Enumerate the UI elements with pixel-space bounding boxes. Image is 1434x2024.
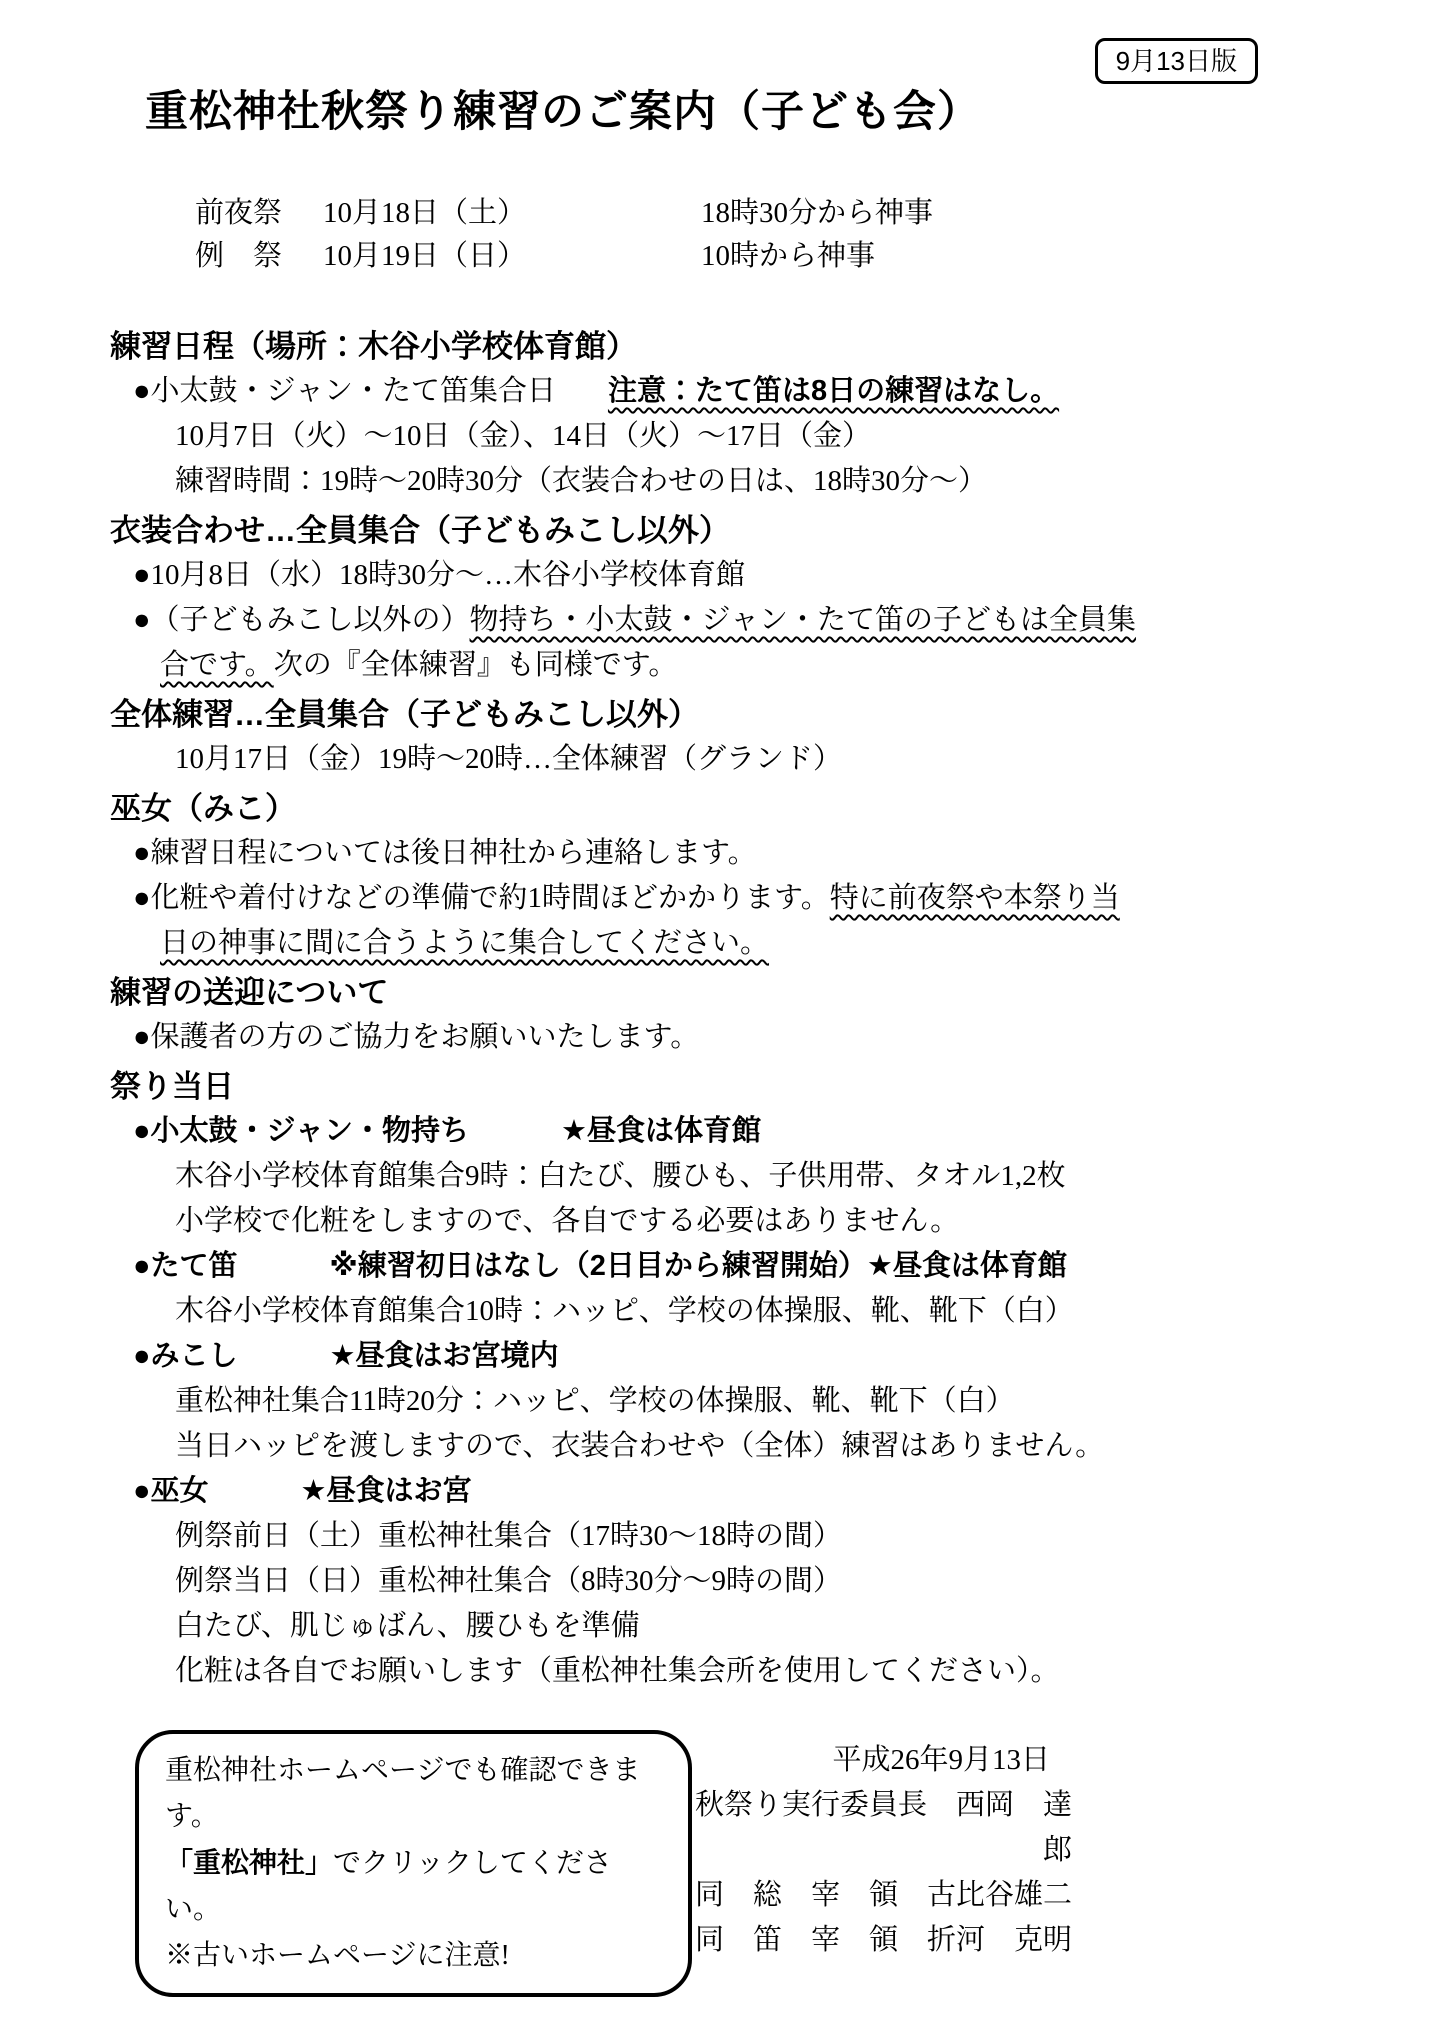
homepage-notice-line-1: 重松神社ホームページでも確認できます。	[165, 1748, 662, 1840]
costume-bullet-1: ●10月8日（水）18時30分～…木谷小学校体育館	[133, 553, 1434, 598]
costume-bullet-2: ●（子どもみこし以外の）物持ち・小太鼓・ジャン・たて笛の子どもは全員集	[133, 598, 1434, 643]
festival-group-miko: ●巫女★昼食はお宮	[133, 1469, 1434, 1514]
schedule-eve-detail: 18時30分から神事	[701, 192, 933, 235]
signature-general-lead: 同 総 宰 領 古比谷雄二	[692, 1873, 1072, 1918]
festival-group-mikoshi-line-2: 当日ハッピを渡しますので、衣装合わせや（全体）練習はありません。	[175, 1424, 1434, 1469]
page-title: 重松神社秋祭り練習のご案内（子ども会）	[145, 86, 1434, 138]
section-heading-miko: 巫女（みこ）	[110, 786, 1434, 831]
signature-date: 平成26年9月13日	[692, 1738, 1072, 1783]
festival-group-miko-name: 巫女	[151, 1475, 209, 1507]
festival-group-kodaiko-name: 小太鼓・ジャン・物持ち	[151, 1115, 469, 1147]
homepage-notice-line-3: ※古いホームページに注意!	[165, 1933, 662, 1979]
festival-group-tatebue: ●たて笛※練習初日はなし（2日目から練習開始）★昼食は体育館	[133, 1244, 1434, 1289]
practice-dates: 10月7日（火）～10日（金）、14日（火）～17日（金）	[175, 414, 1434, 459]
festival-group-tatebue-line-1: 木谷小学校体育館集合10時：ハッピ、学校の体操服、靴、靴下（白）	[175, 1289, 1434, 1334]
schedule-row-main: 例 祭 10月19日（日） 10時から神事	[195, 235, 1434, 278]
costume-bullet-2-continuation: 合です。次の『全体練習』も同様です。	[160, 643, 1434, 688]
costume-bullet-2-prefix: （子どもみこし以外の）	[151, 604, 470, 636]
signature-chairman: 秋祭り実行委員長 西岡 達郎	[692, 1783, 1072, 1873]
miko-bullet-2-prefix: 化粧や着付けなどの準備で約1時間ほどかかります。	[151, 882, 830, 914]
costume-continuation-underlined: 合です。	[160, 649, 274, 681]
bullet-icon: ●	[133, 1021, 151, 1053]
pickup-bullet-1-text: 保護者の方のご協力をお願いいたします。	[151, 1021, 700, 1053]
homepage-notice-line-2: 「重松神社」でクリックしてください。	[165, 1840, 662, 1933]
schedule-main-name: 例 祭	[195, 235, 323, 278]
festival-group-miko-line-4: 化粧は各自でお願いします（重松神社集会所を使用してください）。	[175, 1649, 1434, 1694]
version-badge-label: 9月13日版	[1116, 46, 1237, 76]
practice-warning-note: 注意：たて笛は8日の練習はなし。	[608, 375, 1059, 407]
footer: 重松神社ホームページでも確認できます。 「重松神社」でクリックしてください。 ※…	[135, 1730, 1072, 1997]
festival-group-mikoshi-name: みこし	[151, 1340, 238, 1372]
section-heading-festival-day: 祭り当日	[110, 1064, 1434, 1109]
bullet-icon: ●	[133, 837, 151, 869]
homepage-shrine-name: 「重松神社」	[165, 1847, 333, 1878]
costume-bullet-1-text: 10月8日（水）18時30分～…木谷小学校体育館	[151, 559, 746, 591]
pickup-bullet-1: ●保護者の方のご協力をお願いいたします。	[133, 1015, 1434, 1060]
section-heading-costume: 衣装合わせ…全員集合（子どもみこし以外）	[110, 508, 1434, 553]
overall-practice-line: 10月17日（金）19時～20時…全体練習（グランド）	[175, 737, 1434, 782]
bullet-icon: ●	[133, 1340, 151, 1372]
festival-group-miko-note: ★昼食はお宮	[301, 1475, 472, 1507]
festival-schedule: 前夜祭 10月18日（土） 18時30分から神事 例 祭 10月19日（日） 1…	[195, 192, 1434, 278]
bullet-icon: ●	[133, 1250, 151, 1282]
miko-bullet-1: ●練習日程については後日神社から連絡します。	[133, 831, 1434, 876]
document-page: 9月13日版 重松神社秋祭り練習のご案内（子ども会） 前夜祭 10月18日（土）…	[0, 0, 1434, 2024]
festival-group-kodaiko: ●小太鼓・ジャン・物持ち★昼食は体育館	[133, 1109, 1434, 1154]
miko-bullet-2: ●化粧や着付けなどの準備で約1時間ほどかかります。特に前夜祭や本祭り当	[133, 876, 1434, 921]
schedule-main-date: 10月19日（日）	[323, 235, 701, 278]
practice-groups-text: 小太鼓・ジャン・たて笛集合日	[151, 375, 556, 407]
homepage-notice-box: 重松神社ホームページでも確認できます。 「重松神社」でクリックしてください。 ※…	[135, 1730, 692, 1997]
bullet-icon: ●	[133, 375, 151, 407]
festival-group-mikoshi-note: ★昼食はお宮境内	[330, 1340, 559, 1372]
festival-group-mikoshi: ●みこし★昼食はお宮境内	[133, 1334, 1434, 1379]
festival-group-kodaiko-line-2: 小学校で化粧をしますので、各自でする必要はありません。	[175, 1199, 1434, 1244]
practice-time: 練習時間：19時～20時30分（衣装合わせの日は、18時30分～）	[175, 459, 1434, 504]
schedule-eve-name: 前夜祭	[195, 192, 323, 235]
section-heading-practice: 練習日程（場所：木谷小学校体育館）	[110, 324, 1434, 369]
festival-group-mikoshi-line-1: 重松神社集合11時20分：ハッピ、学校の体操服、靴、靴下（白）	[175, 1379, 1434, 1424]
section-heading-pickup: 練習の送迎について	[110, 970, 1434, 1015]
festival-group-kodaiko-note: ★昼食は体育館	[561, 1115, 761, 1147]
festival-group-miko-line-2: 例祭当日（日）重松神社集合（8時30分～9時の間）	[175, 1559, 1434, 1604]
version-badge: 9月13日版	[1095, 38, 1258, 84]
miko-bullet-2-underlined: 特に前夜祭や本祭り当	[830, 882, 1120, 914]
bullet-icon: ●	[133, 1115, 151, 1147]
signature-block: 平成26年9月13日 秋祭り実行委員長 西岡 達郎 同 総 宰 領 古比谷雄二 …	[692, 1730, 1072, 1963]
festival-group-miko-line-3: 白たび、肌じゅばん、腰ひもを準備	[175, 1604, 1434, 1649]
bullet-icon: ●	[133, 559, 151, 591]
practice-groups-line: ●小太鼓・ジャン・たて笛集合日注意：たて笛は8日の練習はなし。	[133, 369, 1434, 414]
bullet-icon: ●	[133, 1475, 151, 1507]
festival-group-tatebue-name: たて笛	[151, 1250, 238, 1282]
festival-group-tatebue-note: ※練習初日はなし（2日目から練習開始）★昼食は体育館	[330, 1250, 1067, 1282]
schedule-main-detail: 10時から神事	[701, 235, 875, 278]
signature-flute-lead: 同 笛 宰 領 折河 克明	[692, 1918, 1072, 1963]
festival-group-miko-line-1: 例祭前日（土）重松神社集合（17時30～18時の間）	[175, 1514, 1434, 1559]
miko-bullet-2-continuation: 日の神事に間に合うように集合してください。	[160, 921, 1434, 966]
section-heading-overall-practice: 全体練習…全員集合（子どもみこし以外）	[110, 692, 1434, 737]
bullet-icon: ●	[133, 882, 151, 914]
miko-bullet-1-text: 練習日程については後日神社から連絡します。	[151, 837, 757, 869]
festival-group-kodaiko-line-1: 木谷小学校体育館集合9時：白たび、腰ひも、子供用帯、タオル1,2枚	[175, 1154, 1434, 1199]
costume-continuation-rest: 次の『全体練習』も同様です。	[274, 649, 678, 681]
schedule-eve-date: 10月18日（土）	[323, 192, 701, 235]
costume-bullet-2-underlined: 物持ち・小太鼓・ジャン・たて笛の子どもは全員集	[470, 604, 1136, 636]
miko-continuation-underlined: 日の神事に間に合うように集合してください。	[160, 927, 769, 959]
bullet-icon: ●	[133, 604, 151, 636]
schedule-row-eve: 前夜祭 10月18日（土） 18時30分から神事	[195, 192, 1434, 235]
